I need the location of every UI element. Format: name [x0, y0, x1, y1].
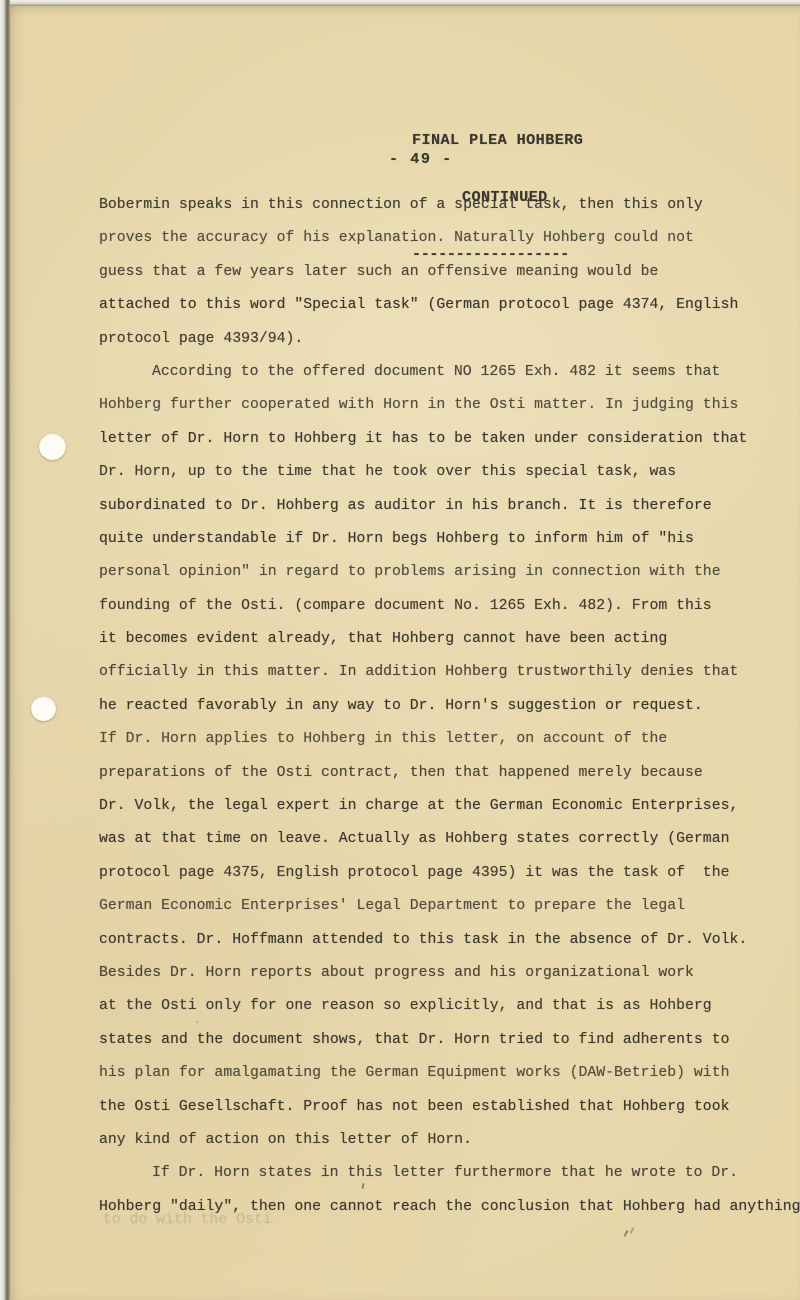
punch-hole-top [39, 433, 66, 460]
scan-edge-left [0, 0, 10, 1300]
scanned-document-page: FINAL PLEA HOHBERG CONTINUED -----------… [0, 0, 800, 1300]
text-line: protocol page 4393/94). [99, 323, 799, 356]
text-line: guess that a few years later such an off… [99, 256, 799, 289]
text-line: at the Osti only for one reason so expli… [99, 990, 799, 1023]
text-line: Hohberg further cooperated with Horn in … [99, 389, 799, 422]
text-line: attached to this word "Special task" (Ge… [99, 289, 799, 322]
text-line: German Economic Enterprises' Legal Depar… [99, 890, 799, 923]
text-line: quite understandable if Dr. Horn begs Ho… [99, 523, 799, 556]
text-line: If Dr. Horn applies to Hohberg in this l… [99, 723, 799, 756]
punch-hole-bottom [31, 696, 56, 721]
text-line: personal opinion" in regard to problems … [99, 556, 799, 589]
text-line: the Osti Gesellschaft. Proof has not bee… [99, 1091, 799, 1124]
text-line: officially in this matter. In addition H… [99, 656, 799, 689]
text-line: contracts. Dr. Hoffmann attended to this… [99, 924, 799, 957]
page-number: - 49 - [389, 150, 453, 168]
text-line: letter of Dr. Horn to Hohberg it has to … [99, 423, 799, 456]
text-line: subordinated to Dr. Hohberg as auditor i… [99, 490, 799, 523]
text-line: Besides Dr. Horn reports about progress … [99, 957, 799, 990]
text-line: Dr. Horn, up to the time that he took ov… [99, 456, 799, 489]
text-line: If Dr. Horn states in this letter furthe… [99, 1157, 799, 1190]
text-line: According to the offered document NO 126… [99, 356, 799, 389]
document-title-line1: FINAL PLEA HOHBERG [412, 131, 583, 150]
text-line: preparations of the Osti contract, then … [99, 757, 799, 790]
typewritten-body: Bobermin speaks in this connection of a … [99, 189, 799, 1224]
text-line: Dr. Volk, the legal expert in charge at … [99, 790, 799, 823]
text-line: was at that time on leave. Actually as H… [99, 823, 799, 856]
text-line: his plan for amalgamating the German Equ… [99, 1057, 799, 1090]
text-line: he reacted favorably in any way to Dr. H… [99, 690, 799, 723]
text-line: founding of the Osti. (compare document … [99, 590, 799, 623]
text-line: Bobermin speaks in this connection of a … [99, 189, 799, 222]
paper-speck [629, 1227, 634, 1234]
text-line: it becomes evident already, that Hohberg… [99, 623, 799, 656]
text-line: proves the accuracy of his explanation. … [99, 222, 799, 255]
text-line: states and the document shows, that Dr. … [99, 1024, 799, 1057]
paper-speck [623, 1230, 628, 1237]
faint-cutoff-line: to do with the Osti [103, 1212, 272, 1228]
text-line: any kind of action on this letter of Hor… [99, 1124, 799, 1157]
text-line: protocol page 4375, English protocol pag… [99, 857, 799, 890]
